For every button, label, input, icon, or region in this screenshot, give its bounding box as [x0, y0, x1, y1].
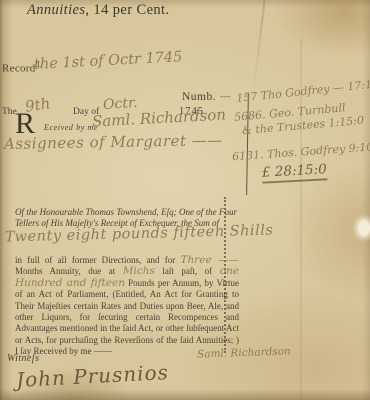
paragraph-segment: laſt paſt, of — [155, 266, 220, 276]
document-title: Annuities, 14 per Cent. — [27, 2, 170, 19]
annuity-receipt-document: Annuities, 14 per Cent. Recordd. the 1st… — [0, 0, 370, 400]
paper-hole-damage — [358, 220, 370, 236]
ledger-entry-row: 157 Tho Godfrey — 17:10:0 — [236, 76, 370, 105]
witness-signature-handwritten: John Prusnios — [15, 360, 169, 392]
number-column-label: Numb. — — [182, 89, 232, 103]
received-by-me-label: Eceived by me — [44, 123, 98, 132]
receiver-signature-handwritten: Saml. Richardson — [197, 345, 291, 360]
record-label-text: Record — [2, 63, 36, 75]
paragraph-segment: in full of all former Directions, and fo… — [15, 255, 180, 265]
handwritten-insert-months: Three —— — [180, 254, 239, 266]
numb-dash: — — [220, 89, 232, 103]
record-date-handwritten: the 1st of Octr 1745 — [34, 49, 183, 73]
column-divider-line-upper — [246, 93, 249, 195]
act-of-parliament-paragraph: in full of all former Directions, and fo… — [15, 255, 239, 358]
assignees-line-handwritten: Assignees of Margaret —— — [4, 131, 223, 153]
paragraph-segment: Months Annuity, due at — [15, 266, 123, 276]
paper-crease — [252, 0, 265, 92]
witness-label: Witneſs — [7, 353, 39, 364]
document-title-rate: 14 per Cent. — [89, 2, 169, 18]
total-amount: £ 28:15:0 — [262, 161, 328, 183]
numb-label-text: Numb. — [182, 91, 216, 103]
paragraph-segment: Pounds per Annum, by Virtue of an Act of… — [15, 278, 239, 356]
handwritten-insert-due-date: Michs — [123, 265, 155, 277]
document-title-word: Annuities, — [27, 2, 89, 18]
